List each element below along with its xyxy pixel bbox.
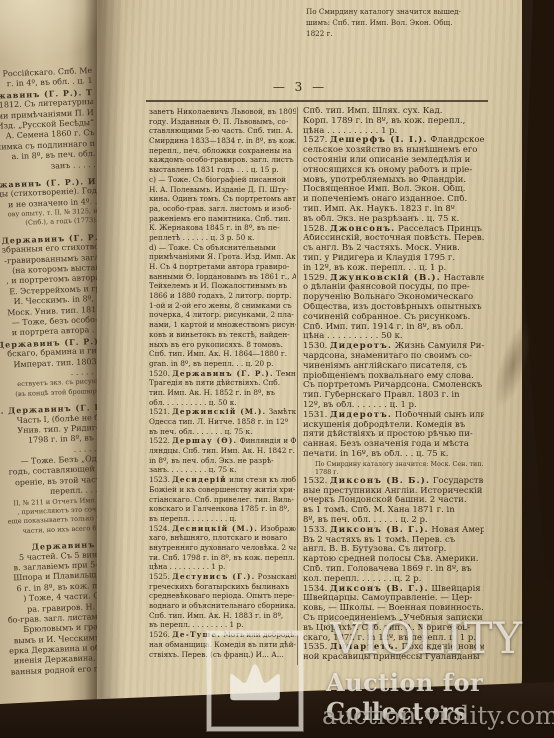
text-line: 1532. Диксонъ (В. Б.). Государствен- [303, 477, 484, 487]
text-line: Швейцарцы. Самоуправленіе. — Цер- [303, 594, 484, 604]
text-line: ные преступники Англіи. Историческій [303, 487, 484, 497]
text-line: выставленъ 1831 годъ . . . ц. 15 р. [149, 165, 296, 175]
text-line: 1524. Десницкій (М.). Изображеніе вет- [149, 524, 296, 534]
text-line: 1525. Дестунисъ (Г.). Розысканія о [149, 572, 296, 582]
text-line: шимъ: Спб. тип. Имп. Вол. Экон. Общ. [306, 17, 548, 28]
text-line: раженіемъ его памятника. Спб. тип. [149, 214, 296, 224]
text-line: чиненіямъ англійскаго писателя, съ [303, 362, 484, 372]
text-line: печати. in 16º, въ обл. . . ц. 75 к. [303, 450, 484, 460]
text-line: Смирдина 1833—1834 г. in 8º, въ кож. [149, 136, 296, 146]
text-line: Въ 2 частяхъ въ 1 томѣ. Перев. съ [303, 536, 484, 546]
text-line: 1522. Дершау (Ѳ). Финляндія и Фин- [149, 436, 296, 446]
text-line: году. Изданныя Ѳ. П. Львовымъ, со- [149, 117, 296, 127]
text-line: занъ. . . . . . . . . ц. 75 к. [149, 465, 296, 475]
text-line: сочиненій собранное. Съ рисункомъ. [303, 313, 484, 323]
text-line: очеркъ Лондонской башни. 2 части. [303, 496, 484, 506]
text-line: средневѣковаго періода. Опытъ пере- [149, 591, 296, 601]
text-line: 1528. Джонсонъ. Расселасъ Принцъ [303, 225, 484, 235]
text-line: въ перепл. . . . . . . . . ц. [149, 514, 296, 524]
text-line: реплетѣ . . . . . . ц. 3 р. 50 к. [149, 233, 296, 243]
text-line: искушенія добродѣтели. Комедія въ [303, 421, 484, 431]
left-column: заветъ Николаевичъ Львовой, въ 1809году.… [149, 107, 296, 659]
text-line: въ печ. обл. . . . . . . ц. 75 к. [149, 427, 296, 437]
text-line: Спб. Имп. тип. 1914 г. in 8º, въ обл. [303, 323, 484, 333]
text-line: Спб. тип. Головачева 1869 г. in 8º, въ [303, 565, 484, 575]
text-line: тип. у Ридигера и Клаудія 1795 г. [303, 254, 484, 264]
text-line: 1530. Дидеротъ. Жизнь Самуиля Ри- [303, 342, 484, 352]
text-line: чардсона, знаменитаго по своимъ со- [303, 352, 484, 362]
text-line: 1531. Дидеротъ. Побочный сынъ или [303, 411, 484, 421]
text-line: и попеченіемъ онаго изданное. Спб. [303, 195, 484, 205]
text-line: 1866 и 1880 годахъ, 2 литогр. портр. [149, 291, 296, 301]
text-line: въ 1 томѣ. Спб. М. Хана 1871 г. in [303, 506, 484, 516]
text-line: 1533. Диксонъ (В. Г.). Новая Америка. [303, 526, 484, 536]
left-page-text: тва Россійскаго. Спб. Мег. in 4º, въ обл… [0, 66, 97, 690]
text-line: Съ портретомъ Ричардсона. Смоленскъ [303, 381, 484, 391]
text-line: 1-ой и 2-ой его жены, 8 снимками съ [149, 301, 296, 311]
book-photo: тва Россійскаго. Спб. Мег. in 4º, въ обл… [0, 0, 554, 738]
text-line: цѣна . . . . . . . . . . 1 р. [303, 127, 484, 137]
text-line: почерка, 4 литогр. рисунками, 2 пла- [149, 310, 296, 320]
text-line: цѣна . . . . . . . . . 1 р. [149, 562, 296, 572]
crown-icon [224, 656, 286, 706]
text-line: in 8º, въ печ. обл. Экз. не разрѣ- [149, 456, 296, 466]
text-line: Посвященное Имп. Вол. Экон. Общ. [303, 185, 484, 195]
text-line: ванныя родной его плем [0, 663, 97, 690]
text-line: каждомъ особо-гравиров. загл. листъ [149, 155, 296, 165]
text-line: въ обл. Экз. не разрѣзанъ . ц. 75 к. [303, 215, 484, 225]
text-line: ковь, — Школы. — Военная повинность. [303, 604, 484, 614]
text-line: обл. . . . . . . . . . ц. 50 к. [149, 398, 296, 408]
text-line: заветъ Николаевичъ Львовой, въ 1809 [149, 107, 296, 117]
text-line: 1523. Десидерій или стезя къ любви [149, 475, 296, 485]
text-line: ти. Спб. 1798 г. in 8º, въ кож. перепл. [149, 553, 296, 563]
column-divider [297, 107, 298, 665]
text-line: тип. Губернскаго Правл. 1803 г. in [303, 391, 484, 401]
text-line: 1822 г. [306, 28, 548, 39]
text-line: примѣчаніями Я. Грота. Изд. Имп. Ак. [149, 252, 296, 262]
text-line: ныхъ въ его рукописяхъ. 8 томовъ. [149, 340, 296, 350]
text-line: 1529. Джунковскій (В.). Наставленіе [303, 274, 484, 284]
text-line: ра, особо-грав. загл. листомъ и изоб- [149, 204, 296, 214]
text-line: Абиссинскій, восточная повѣсть. Перев. [303, 234, 484, 244]
text-line: Общества, изъ достовѣрныхъ опытныхъ [303, 303, 484, 313]
text-line: цѣна . . . . . . . . . . 50 к. [303, 332, 484, 342]
text-line: порученію Вольнаго Экономическаго [303, 293, 484, 303]
text-line: кина. Одинъ томъ. Съ портретомъ авто- [149, 194, 296, 204]
text-line: ляндцы. Спб. тип. Имп. Ак. Н. 1842 г. [149, 446, 296, 456]
text-line: тип. Имп. Ак. Наукъ. 1823 г. in 8º [303, 205, 484, 215]
text-line: стіанскаго. Спб. привелег. тип. Виль- [149, 495, 296, 505]
text-line: 1534. Диксонъ (В. Г.). Швейцарія и [303, 585, 484, 595]
text-line: перепл., печ. обложки сохранены на [149, 146, 296, 156]
text-line: состояніи или описаніе земледѣлія и [303, 156, 484, 166]
text-line: пріобщеніемъ похвальнаго ему слова. [303, 372, 484, 382]
text-line: По Смирдину каталогу значится вышед- [306, 6, 548, 17]
crown-logo [207, 631, 303, 731]
text-line: тип. Имп. Ак. Н. 1852 г. in 8º, въ [149, 388, 296, 398]
text-line: К. Жернакова 1845 г. in 8º, въ пе- [149, 223, 296, 233]
watermark-url: auction.violity.com [322, 701, 554, 730]
text-line: Тейхелемъ и И. Пожалостинымъ въ [149, 281, 296, 291]
text-line: Трагедія въ пяти дѣйствіяхъ. Спб. [149, 378, 296, 388]
text-line: 8º, въ печ. обл. . . . . . ц. 2 р. [303, 516, 484, 526]
text-line: gran. in 8º, въ перепл. . . ц. 20 р. [149, 359, 296, 369]
top-footnote: По Смирдину каталогу значится вышед-шимъ… [306, 6, 548, 39]
text-line: in 12º, въ кож. перепл. . . ц. 1 р. [303, 264, 484, 274]
left-page-edge: тва Россійскаго. Спб. Мег. in 4º, въ обл… [0, 0, 97, 714]
text-line: ковъ и виньетокъ въ текстѣ, найден- [149, 330, 296, 340]
text-line: 1520. Державинъ (Г. Р.). Темный. [149, 369, 296, 379]
text-line: d) — Тоже. Съ объяснительными [149, 243, 296, 253]
text-line: сельское хозяйство въ нынѣшнемъ его [303, 146, 484, 156]
text-line: нами, 1 картой и множествомъ рисун- [149, 320, 296, 330]
text-line: По Смирдину каталогу значится: Моск. Сен… [303, 460, 484, 469]
text-line: кол. перепл. . . . . . . ц. 2 р. [303, 575, 484, 585]
text-line: ковскаго и Галченкова 1785 г. in 8º, [149, 504, 296, 514]
text-line: Спб. тип. Имп. Шлях. сух. Кад. [303, 107, 484, 117]
text-line: Спб. тип. Имп. Ак. Н. 1883 г. in 8º, [149, 611, 296, 621]
header-rule [146, 100, 488, 102]
text-line: Божіей и къ совершенству житія хри- [149, 485, 296, 495]
text-line: съ англ. Въ 2 частяхъ. Моск. Унив. [303, 244, 484, 254]
text-line: внутренняго духовнаго человѣка. 2 час- [149, 543, 296, 553]
text-line: ставляющими 5-ю часть. Спб. тип. А. [149, 126, 296, 136]
text-line: картою средней полосы Сѣв. Америки. [303, 555, 484, 565]
text-line: 12º, въ обл. . . . . . . ц. 1 р. [303, 401, 484, 411]
page-number: — 3 — [255, 80, 345, 94]
text-line: 1527. Дешерфъ (І. І.). Фландрское [303, 136, 484, 146]
text-line: Н. Съ 4 портретами автора гравиро- [149, 262, 296, 272]
text-line: хаго, внѣшняго, плотскаго и новаго [149, 533, 296, 543]
right-column: Спб. тип. Имп. Шлях. сух. Кад.Корп. 1789… [303, 107, 484, 663]
text-line: 1788 г. [303, 468, 484, 477]
text-line: воднаго и объяснительнаго сборника. [149, 601, 296, 611]
watermark-title: VIOLITY [330, 614, 523, 664]
text-line: с) — Тоже. Съ біографіей писанной [149, 175, 296, 185]
text-line: мовъ, употребляемыхъ во Фландріи. [303, 176, 484, 186]
text-line: относящихся къ оному работъ и пріе- [303, 166, 484, 176]
text-line: ванными Ѳ. Іордановымъ въ 1861 г., А. [149, 272, 296, 282]
text-line: Корп. 1789 г. in 8º, въ кож. перепл., [303, 117, 484, 127]
text-line: санная. Безъ означенія года и мѣста [303, 440, 484, 450]
text-line: 1521. Держинскій (М.). Замѣтки. [149, 407, 296, 417]
text-line: Н. А. Полевымъ. Изданіе Д. П. Шту- [149, 185, 296, 195]
text-line: греческихъ богатырскихъ былинахъ [149, 582, 296, 592]
text-line: Спб. тип. Имп. Ак. Н. 1864—1880 г. [149, 349, 296, 359]
text-line: англ. В. В. Бутузова. Съ литогр. [303, 545, 484, 555]
text-line: пяти дѣйствіяхъ и простою рѣчью пи- [303, 430, 484, 440]
text-line: Одесса тип. Л. Нитче. 1858 г. in 12º [149, 417, 296, 427]
text-line: о дѣланіи фаянсовой посуды, по пре- [303, 283, 484, 293]
text-line: въ перепл. . . . . . . . . 1 р. [149, 620, 296, 630]
